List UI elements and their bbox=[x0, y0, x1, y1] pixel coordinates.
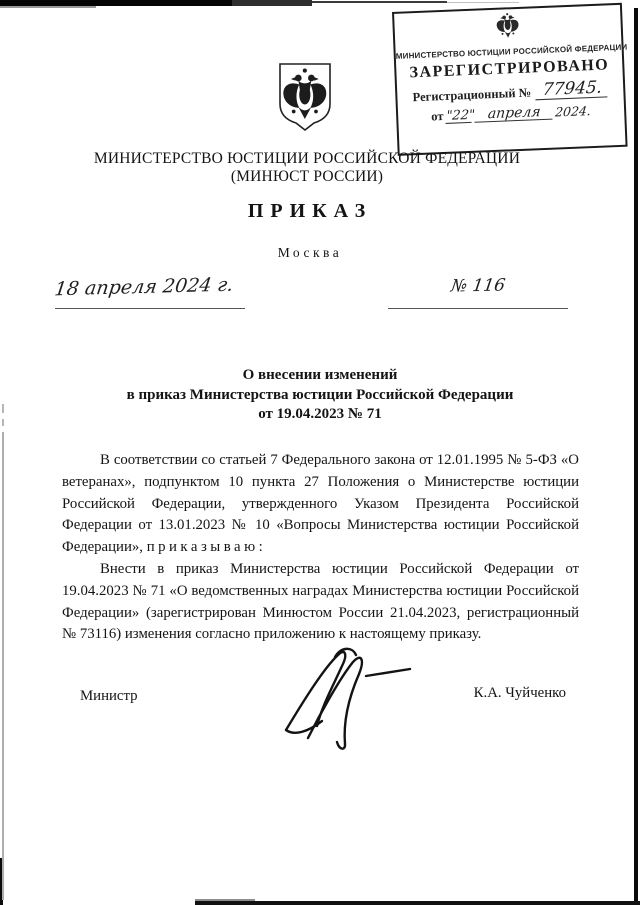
stamp-eagle-icon bbox=[490, 12, 525, 42]
subject-line: от 19.04.2023 № 71 bbox=[40, 405, 600, 425]
stamp-date-prefix: от bbox=[431, 109, 444, 124]
scan-edge-top bbox=[232, 0, 312, 6]
document-body: В соответствии со статьей 7 Федерального… bbox=[62, 450, 579, 646]
stamp-date-line: от "22" апреля 2024. bbox=[398, 102, 624, 126]
scan-edge-left bbox=[2, 432, 4, 900]
body-paragraph-1: В соответствии со статьей 7 Федерального… bbox=[62, 450, 579, 559]
stamp-date-month-handwritten: апреля bbox=[475, 105, 554, 123]
scan-edge-top bbox=[0, 6, 96, 8]
stamp-date-day-handwritten: "22" bbox=[446, 109, 473, 124]
scan-edge-right bbox=[634, 8, 638, 905]
ministry-short-name: (МИНЮСТ РОССИИ) bbox=[0, 168, 614, 186]
body-paragraph-2: Внести в приказ Министерства юстиции Рос… bbox=[62, 559, 579, 646]
stamp-reg-label: Регистрационный № bbox=[412, 85, 531, 105]
scan-edge-left bbox=[2, 419, 4, 426]
document-city: Москва bbox=[0, 245, 620, 261]
stamp-date-year-handwritten: 2024. bbox=[555, 103, 592, 120]
ministry-name: МИНИСТЕРСТВО ЮСТИЦИИ РОССИЙСКОЙ ФЕДЕРАЦИ… bbox=[0, 150, 614, 168]
coat-of-arms-emblem bbox=[276, 62, 334, 132]
document-type-title: ПРИКАЗ bbox=[0, 200, 620, 223]
document-number-field: № 116 bbox=[388, 276, 568, 309]
scan-edge-top bbox=[312, 1, 447, 3]
stamp-reg-number-handwritten: 77945. bbox=[535, 79, 609, 100]
scan-edge-top bbox=[447, 2, 519, 3]
document-date-field: 18 апреля 2024 г. bbox=[55, 276, 245, 309]
document-date-handwritten: 18 апреля 2024 г. bbox=[53, 274, 235, 301]
scan-edge-bottom bbox=[195, 901, 640, 905]
subject-line: в приказ Министерства юстиции Российской… bbox=[40, 386, 600, 406]
subject-line: О внесении изменений bbox=[40, 366, 600, 386]
scan-edge-bottom bbox=[195, 899, 255, 901]
signature-autograph bbox=[278, 644, 428, 752]
ministry-header: МИНИСТЕРСТВО ЮСТИЦИИ РОССИЙСКОЙ ФЕДЕРАЦИ… bbox=[0, 150, 614, 185]
stamp-reg-number-line: Регистрационный № 77945. bbox=[397, 79, 624, 106]
signer-name: К.А. Чуйченко bbox=[474, 685, 566, 702]
body-emphasis-prikazyvayu: приказываю: bbox=[147, 539, 267, 555]
registration-stamp: МИНИСТЕРСТВО ЮСТИЦИИ РОССИЙСКОЙ ФЕДЕРАЦИ… bbox=[392, 3, 628, 156]
scan-edge-left bbox=[2, 404, 4, 413]
document-subject: О внесении изменений в приказ Министерст… bbox=[40, 366, 600, 425]
document-number-handwritten: № 116 bbox=[450, 276, 507, 297]
signer-position-label: Министр bbox=[80, 688, 138, 705]
